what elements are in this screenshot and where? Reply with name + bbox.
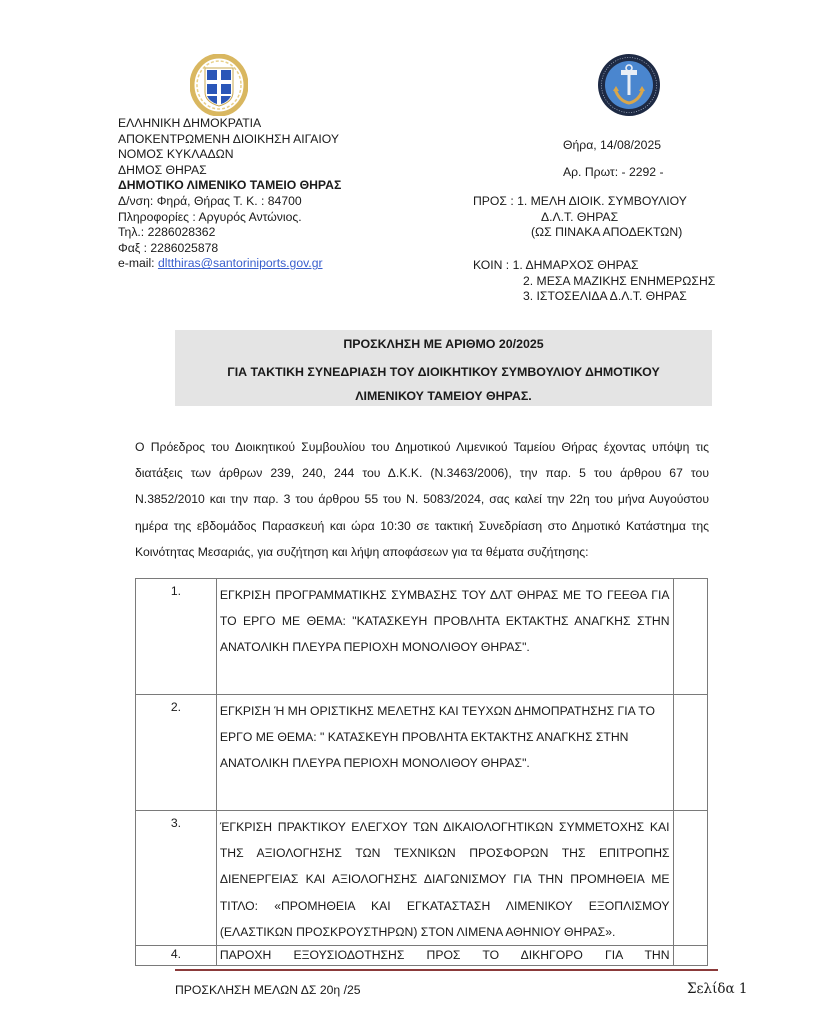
page-number: Σελίδα 1 xyxy=(687,981,748,997)
agenda-blank-cell xyxy=(673,695,707,811)
sender-info: Πληροφορίες : Αργυρός Αντώνιος. xyxy=(118,210,341,226)
table-row: 1. ΕΓΚΡΙΣΗ ΠΡΟΓΡΑΜΜΑΤΙΚΗΣ ΣΥΜΒΑΣΗΣ ΤΟΥ Δ… xyxy=(136,579,708,695)
agenda-blank-cell xyxy=(673,946,707,966)
agenda-table: 1. ΕΓΚΡΙΣΗ ΠΡΟΓΡΑΜΜΑΤΙΚΗΣ ΣΥΜΒΑΣΗΣ ΤΟΥ Δ… xyxy=(135,578,708,966)
cc-line: 3. ΙΣΤΟΣΕΛΙΔΑ Δ.Λ.Τ. ΘΗΡΑΣ xyxy=(473,289,715,305)
invitation-subtitle-cont: ΛΙΜΕΝΙΚΟΥ ΤΑΜΕΙΟΥ ΘΗΡΑΣ. xyxy=(175,389,712,403)
invitation-title-box: ΠΡΟΣΚΛΗΣΗ ΜΕ ΑΡΙΘΜΟ 20/2025 ΓΙΑ ΤΑΚΤΙΚΗ … xyxy=(175,330,712,406)
sender-block: ΕΛΛΗΝΙΚΗ ΔΗΜΟΚΡΑΤΙΑ ΑΠΟΚΕΝΤΡΩΜΕΝΗ ΔΙΟΙΚΗ… xyxy=(118,116,341,272)
table-row: 4. ΠΑΡΟΧΗ ΕΞΟΥΣΙΟΔΟΤΗΣΗΣ ΠΡΟΣ ΤΟ ΔΙΚΗΓΟΡ… xyxy=(136,946,708,966)
anchor-seal-icon xyxy=(597,53,661,117)
sender-line: ΔΗΜΟΣ ΘΗΡΑΣ xyxy=(118,163,341,179)
sender-organization: ΔΗΜΟΤΙΚΟ ΛΙΜΕΝΙΚΟ ΤΑΜΕΙΟ ΘΗΡΑΣ xyxy=(118,178,341,194)
agenda-blank-cell xyxy=(673,811,707,946)
invitation-title: ΠΡΟΣΚΛΗΣΗ ΜΕ ΑΡΙΘΜΟ 20/2025 xyxy=(175,337,712,351)
recipient-line: (ΩΣ ΠΙΝΑΚΑ ΑΠΟΔΕΚΤΩΝ) xyxy=(473,225,687,241)
sender-line: ΝΟΜΟΣ ΚΥΚΛΑΔΩΝ xyxy=(118,147,341,163)
to-label: ΠΡΟΣ : xyxy=(473,194,517,208)
cc-line: 2. ΜΕΣΑ ΜΑΖΙΚΗΣ ΕΝΗΜΕΡΩΣΗΣ xyxy=(473,274,715,290)
sender-fax: Φαξ : 2286025878 xyxy=(118,241,341,257)
sender-email-row: e-mail: dltthiras@santoriniports.gov.gr xyxy=(118,256,341,272)
protocol-number: Αρ. Πρωτ: - 2292 - xyxy=(563,165,664,179)
agenda-number: 3. xyxy=(136,811,217,946)
agenda-text: ΕΓΚΡΙΣΗ ΠΡΟΓΡΑΜΜΑΤΙΚΗΣ ΣΥΜΒΑΣΗΣ ΤΟΥ ΔΛΤ … xyxy=(216,579,673,695)
agenda-blank-cell xyxy=(673,579,707,695)
table-row: 3. ΈΓΚΡΙΣΗ ΠΡΑΚΤΙΚΟΥ ΕΛΕΓΧΟΥ ΤΩΝ ΔΙΚΑΙΟΛ… xyxy=(136,811,708,946)
intro-paragraph: Ο Πρόεδρος του Διοικητικού Συμβουλίου το… xyxy=(135,434,709,565)
footer-document-label: ΠΡΟΣΚΛΗΣΗ ΜΕΛΩΝ ΔΣ 20η /25 xyxy=(175,983,361,997)
agenda-text: ΈΓΚΡΙΣΗ ΠΡΑΚΤΙΚΟΥ ΕΛΕΓΧΟΥ ΤΩΝ ΔΙΚΑΙΟΛΟΓΗ… xyxy=(216,811,673,946)
document-date: Θήρα, 14/08/2025 xyxy=(563,138,661,152)
table-row: 2. ΕΓΚΡΙΣΗ Ή ΜΗ ΟΡΙΣΤΙΚΗΣ ΜΕΛΕΤΗΣ ΚΑΙ ΤΕ… xyxy=(136,695,708,811)
agenda-number: 1. xyxy=(136,579,217,695)
invitation-subtitle: ΓΙΑ ΤΑΚΤΙΚΗ ΣΥΝΕΔΡΙΑΣΗ ΤΟΥ ΔΙΟΙΚΗΤΙΚΟΥ Σ… xyxy=(155,365,732,379)
recipient-line: Δ.Λ.Τ. ΘΗΡΑΣ xyxy=(473,210,687,226)
sender-line: ΕΛΛΗΝΙΚΗ ΔΗΜΟΚΡΑΤΙΑ xyxy=(118,116,341,132)
sender-phone: Τηλ.: 2286028362 xyxy=(118,225,341,241)
sender-address: Δ/νση: Φηρά, Θήρας Τ. Κ. : 84700 xyxy=(118,194,341,210)
greek-coat-of-arms-icon xyxy=(190,54,248,116)
recipient-line: 1. ΜΕΛΗ ΔΙΟΙΚ. ΣΥΜΒΟΥΛΙΟΥ xyxy=(517,194,687,208)
sender-line: ΑΠΟΚΕΝΤΡΩΜΕΝΗ ΔΙΟΙΚΗΣΗ ΑΙΓΑΙΟΥ xyxy=(118,132,341,148)
recipients-block: ΠΡΟΣ : 1. ΜΕΛΗ ΔΙΟΙΚ. ΣΥΜΒΟΥΛΙΟΥ Δ.Λ.Τ. … xyxy=(473,194,687,241)
cc-label: ΚΟΙΝ : xyxy=(473,258,513,272)
agenda-text: ΕΓΚΡΙΣΗ Ή ΜΗ ΟΡΙΣΤΙΚΗΣ ΜΕΛΕΤΗΣ ΚΑΙ ΤΕΥΧΩ… xyxy=(216,695,673,811)
agenda-text: ΠΑΡΟΧΗ ΕΞΟΥΣΙΟΔΟΤΗΣΗΣ ΠΡΟΣ ΤΟ ΔΙΚΗΓΟΡΟ Γ… xyxy=(216,946,673,966)
cc-block: ΚΟΙΝ : 1. ΔΗΜΑΡΧΟΣ ΘΗΡΑΣ 2. ΜΕΣΑ ΜΑΖΙΚΗΣ… xyxy=(473,258,715,305)
footer-divider xyxy=(175,969,718,971)
agenda-number: 4. xyxy=(136,946,217,966)
cc-line: 1. ΔΗΜΑΡΧΟΣ ΘΗΡΑΣ xyxy=(513,258,639,272)
email-label: e-mail: xyxy=(118,256,158,270)
agenda-number: 2. xyxy=(136,695,217,811)
email-link[interactable]: dltthiras@santoriniports.gov.gr xyxy=(158,256,323,270)
